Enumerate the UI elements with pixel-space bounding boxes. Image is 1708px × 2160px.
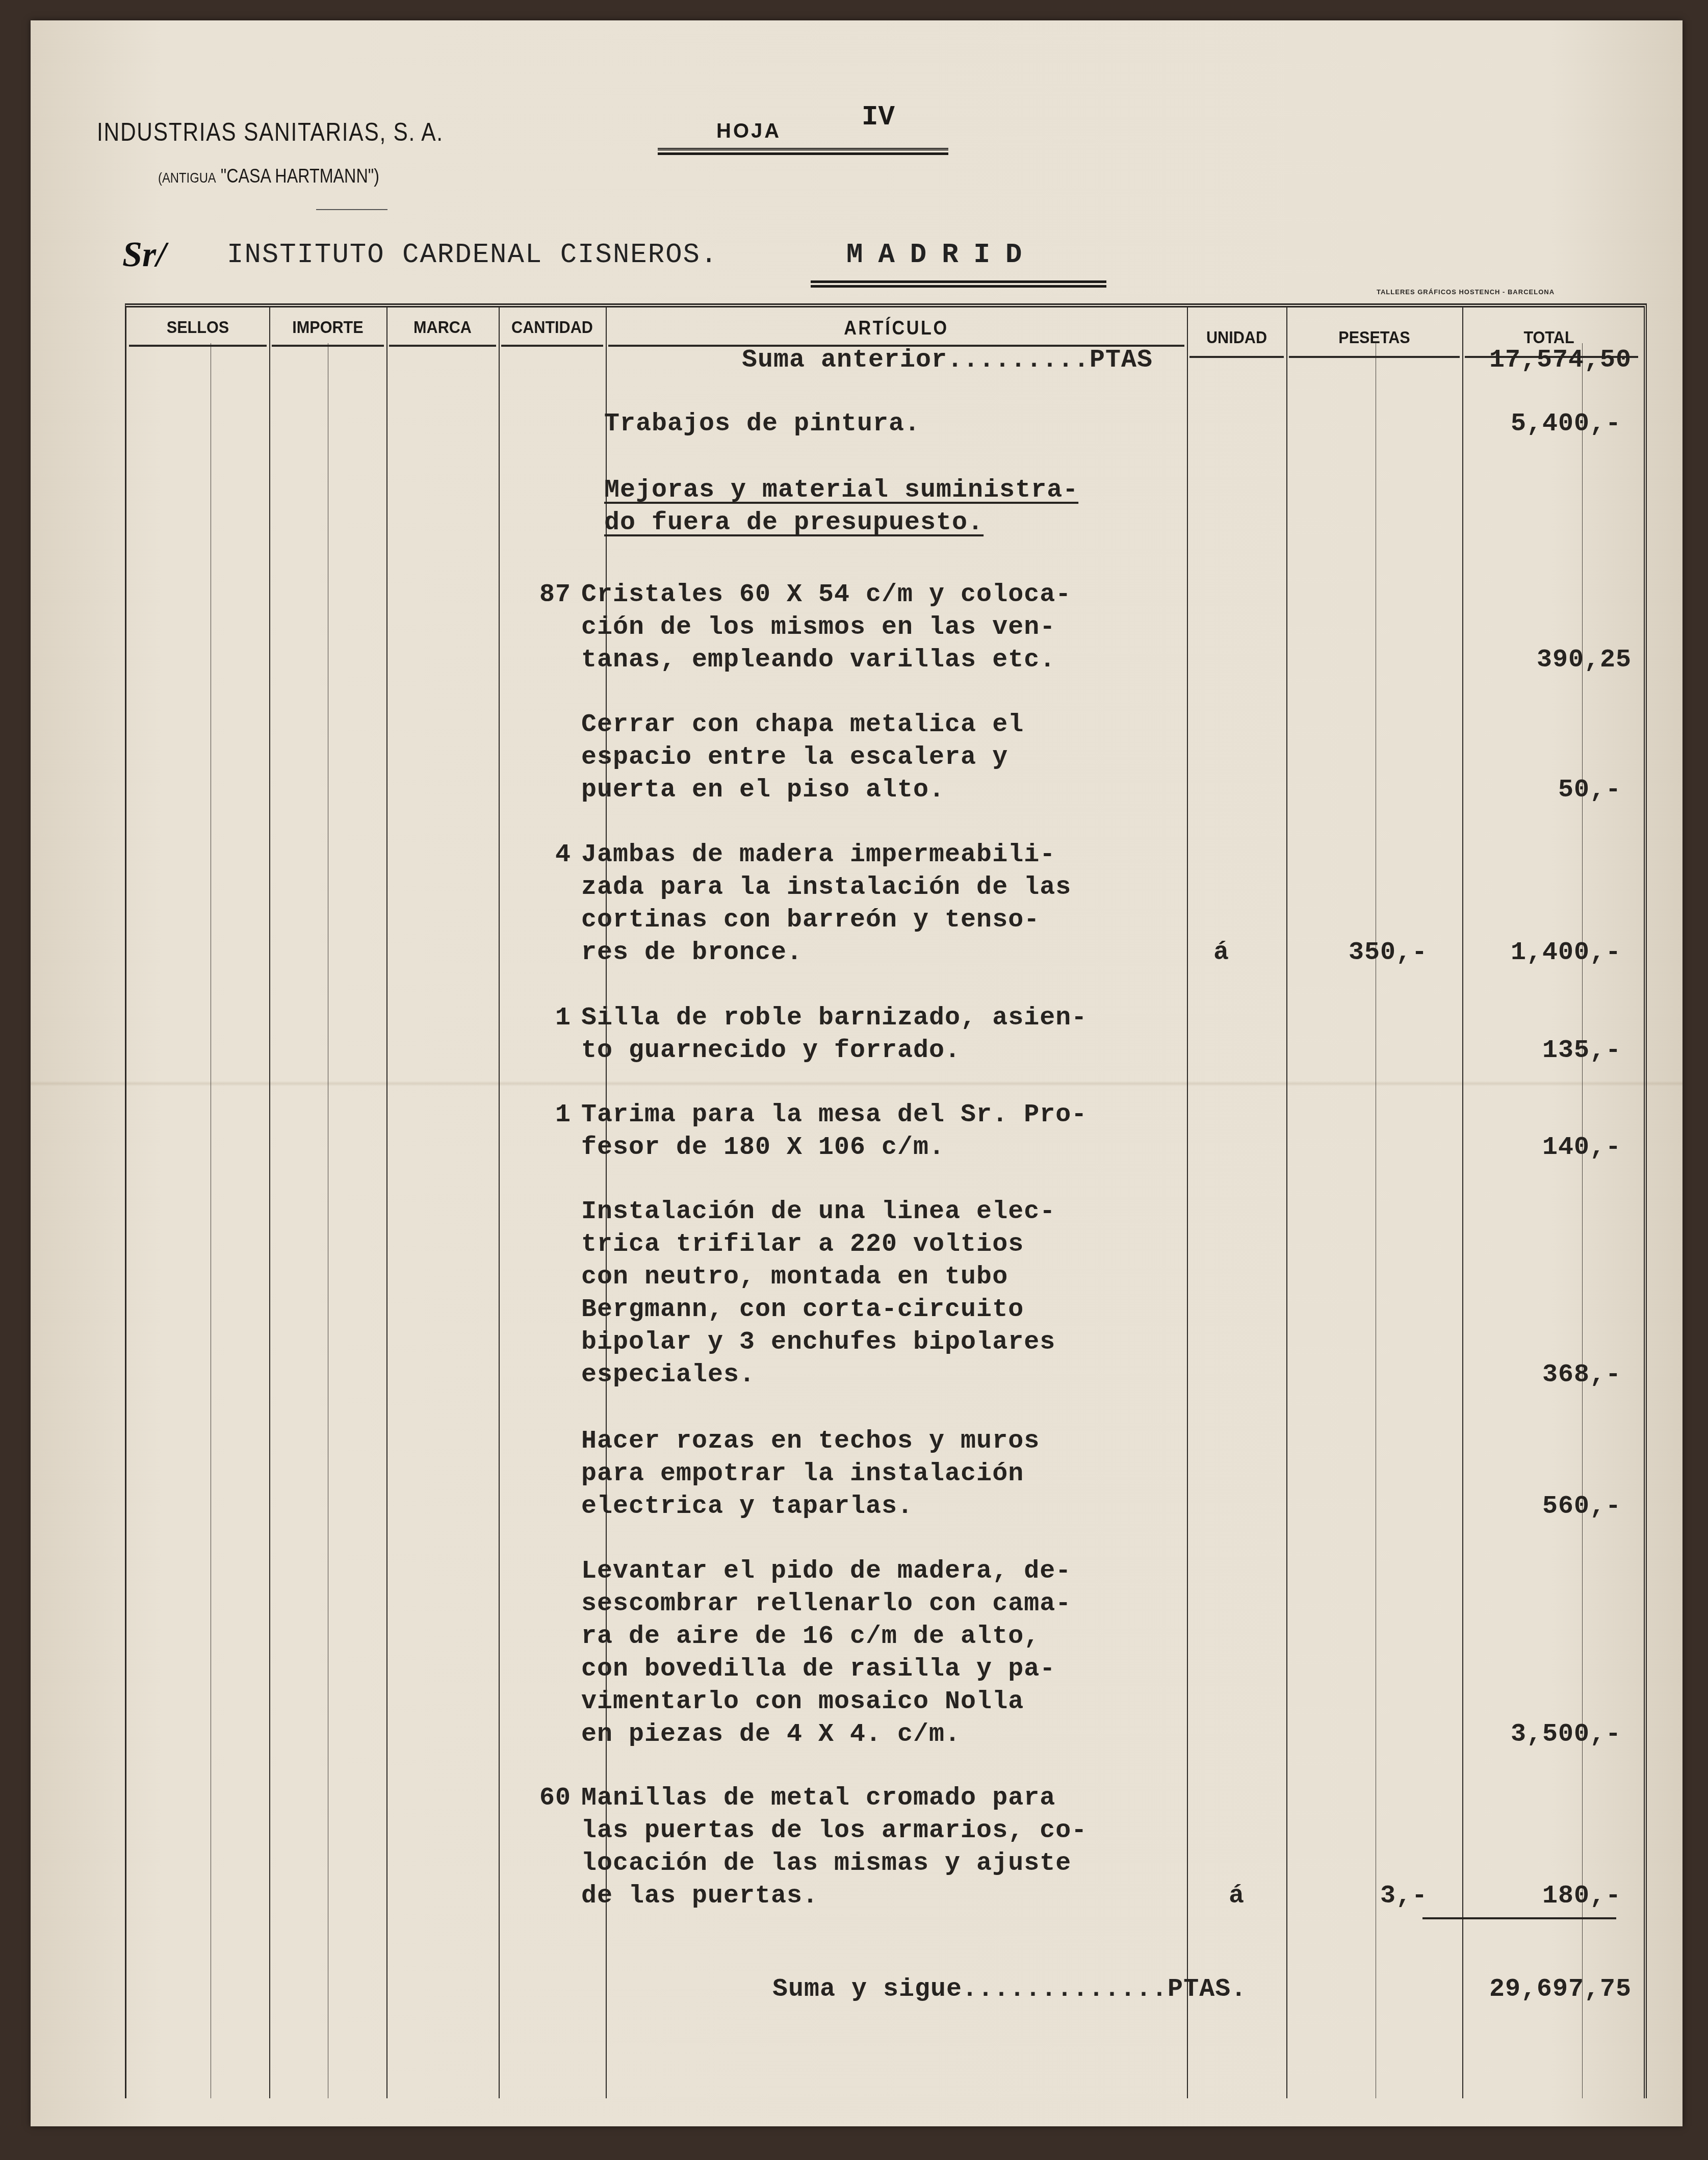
item-total: 390,25 [1428, 644, 1632, 677]
item-description: Tarima para la mesa del Sr. Pro- fesor d… [581, 1099, 1087, 1164]
subcol-divider [211, 343, 211, 2098]
item-unit: á [1229, 1880, 1245, 1913]
recipient-city: MADRID [846, 240, 1037, 271]
header-sellos: SELLOS [134, 318, 262, 338]
divider [316, 209, 387, 210]
item-total: 1,400,- [1428, 937, 1621, 969]
company-former-name: (ANTIGUA "CASA HARTMANN") [158, 166, 379, 188]
printer-note: TALLERES GRÁFICOS HOSTENCH - BARCELONA [1377, 288, 1555, 296]
recipient-prefix: Sr/ [122, 235, 166, 275]
col-divider [386, 307, 387, 2098]
header-unidad: UNIDAD [1192, 328, 1282, 348]
item-description: Manillas de metal cromado para las puert… [581, 1782, 1087, 1913]
item-quantity: 60 [479, 1782, 571, 1815]
item-total: 368,- [1428, 1359, 1621, 1392]
subcol-divider [1376, 343, 1376, 2098]
item-total: 50,- [1428, 774, 1621, 807]
item-quantity: 87 [479, 579, 571, 611]
company-name: INDUSTRIAS SANITARIAS, S. A. [97, 117, 444, 147]
item-total: 5,400,- [1428, 408, 1621, 441]
subcol-divider [1582, 343, 1583, 2098]
item-unit-price: 350,- [1254, 937, 1428, 969]
item-description: Hacer rozas en techos y muros para empot… [581, 1425, 1040, 1523]
carried-forward-label: Suma anterior.........PTAS [742, 344, 1153, 377]
col-divider [1286, 307, 1287, 2098]
item-unit: á [1213, 937, 1229, 969]
item-description: Cristales 60 X 54 c/m y coloca- ción de … [581, 579, 1071, 677]
former-prefix: (ANTIGUA [158, 170, 216, 186]
item-description: Instalación de una linea elec- trica tri… [581, 1196, 1055, 1392]
carried-forward-total: 17,574,50 [1428, 344, 1632, 377]
item-description: Levantar el pido de madera, de- sescombr… [581, 1555, 1071, 1751]
col-divider [499, 307, 500, 2098]
item-description: Trabajos de pintura. [604, 408, 920, 441]
recipient-name: INSTITUTO CARDENAL CISNEROS. [227, 240, 718, 271]
col-divider [1187, 307, 1188, 2098]
header-importe: IMPORTE [275, 318, 381, 338]
header-articulo: ARTÍCULO [635, 318, 1158, 340]
sheet-underline [658, 148, 948, 155]
item-quantity: 1 [479, 1002, 571, 1035]
item-total: 180,- [1428, 1880, 1621, 1913]
section-heading: Mejoras y material suministra- do fuera … [604, 474, 1078, 539]
document-page: INDUSTRIAS SANITARIAS, S. A. (ANTIGUA "C… [31, 20, 1683, 2126]
sheet-number: IV [862, 102, 895, 133]
former-name: "CASA HARTMANN") [221, 166, 379, 187]
col-divider [269, 307, 270, 2098]
city-underline [811, 280, 1106, 288]
item-unit-price: 3,- [1254, 1880, 1428, 1913]
sheet-label: HOJA [716, 120, 781, 143]
item-total: 560,- [1428, 1490, 1621, 1523]
item-quantity: 4 [479, 839, 571, 871]
header-rule [389, 345, 496, 347]
item-total: 3,500,- [1428, 1718, 1621, 1751]
col-divider [1462, 307, 1463, 2098]
item-total: 140,- [1428, 1132, 1621, 1164]
sum-rule [1422, 1917, 1616, 1919]
item-description: Cerrar con chapa metalica el espacio ent… [581, 709, 1024, 807]
item-description: Silla de roble barnizado, asien- to guar… [581, 1002, 1087, 1067]
item-total: 135,- [1428, 1035, 1621, 1067]
header-rule [501, 345, 603, 347]
subcol-divider [328, 343, 328, 2098]
item-quantity: 1 [479, 1099, 571, 1132]
carry-over-total: 29,697,75 [1407, 1973, 1632, 2006]
header-rule [1189, 356, 1284, 358]
carry-over-label: Suma y sigue.............PTAS. [772, 1973, 1247, 2006]
header-rule [129, 345, 267, 347]
item-description: Jambas de madera impermeabili- zada para… [581, 839, 1071, 969]
header-marca: MARCA [392, 318, 493, 338]
header-rule [272, 345, 384, 347]
header-cantidad: CANTIDAD [504, 318, 601, 338]
